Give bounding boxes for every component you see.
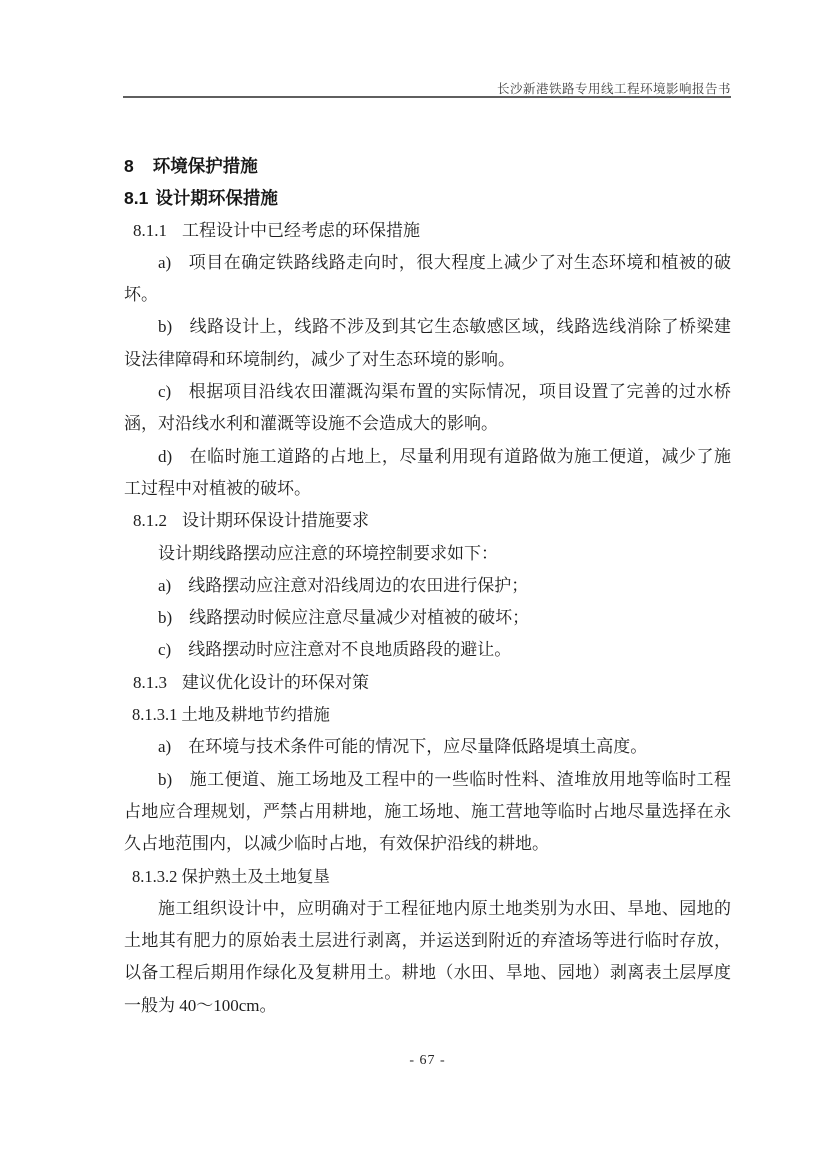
heading-8-1-3: 8.1.3建议优化设计的环保对策: [124, 667, 731, 699]
paragraph-8-1-2-intro: 设计期线路摆动应注意的环境控制要求如下：: [124, 538, 731, 570]
page-number: - 67 -: [124, 1053, 731, 1069]
heading-8-1-2-number: 8.1.2: [133, 511, 167, 530]
heading-8-1-2: 8.1.2设计期环保设计措施要求: [124, 505, 731, 537]
heading-8-title: 环境保护措施: [153, 156, 258, 176]
document-body: 8环境保护措施 8.1设计期环保措施 8.1.1工程设计中已经考虑的环保措施 a…: [124, 150, 731, 1022]
heading-8-1-1-number: 8.1.1: [133, 221, 167, 240]
document-page: 长沙新港铁路专用线工程环境影响报告书 8环境保护措施 8.1设计期环保措施 8.…: [0, 0, 827, 1169]
heading-8-1-3-title: 建议优化设计的环保对策: [182, 673, 369, 692]
paragraph-8-1-3-1-item-b: b) 施工便道、施工场地及工程中的一些临时性料、渣堆放用地等临时工程占地应合理规…: [124, 764, 731, 861]
heading-8-1-1: 8.1.1工程设计中已经考虑的环保措施: [124, 215, 731, 247]
paragraph-8-1-1-item-a: a) 项目在确定铁路线路走向时，很大程度上减少了对生态环境和植被的破坏。: [124, 247, 731, 312]
heading-8-1-1-title: 工程设计中已经考虑的环保措施: [182, 221, 420, 240]
heading-8-1-number: 8.1: [124, 188, 148, 208]
heading-8-1-3-1: 8.1.3.1土地及耕地节约措施: [124, 699, 731, 731]
paragraph-8-1-1-item-d: d) 在临时施工道路的占地上，尽量利用现有道路做为施工便道，减少了施工过程中对植…: [124, 441, 731, 506]
heading-8-1-2-title: 设计期环保设计措施要求: [182, 511, 369, 530]
heading-8-1-3-2-number: 8.1.3.2: [132, 867, 177, 886]
paragraph-8-1-2-item-c: c) 线路摆动时应注意对不良地质路段的避让。: [124, 634, 731, 666]
paragraph-8-1-2-item-b: b) 线路摆动时候应注意尽量减少对植被的破坏；: [124, 602, 731, 634]
heading-8-1-3-2: 8.1.3.2保护熟土及土地复垦: [124, 861, 731, 893]
heading-8: 8环境保护措施: [124, 150, 731, 182]
paragraph-8-1-1-item-b: b) 线路设计上，线路不涉及到其它生态敏感区域，线路选线消除了桥梁建设法律障碍和…: [124, 311, 731, 376]
heading-8-1: 8.1设计期环保措施: [124, 182, 731, 214]
paragraph-8-1-3-2-text: 施工组织设计中，应明确对于工程征地内原土地类别为水田、旱地、园地的土地其有肥力的…: [124, 893, 731, 1022]
heading-8-1-3-1-title: 土地及耕地节约措施: [181, 705, 330, 724]
heading-8-1-3-2-title: 保护熟土及土地复垦: [181, 867, 330, 886]
paragraph-8-1-1-item-c: c) 根据项目沿线农田灌溉沟渠布置的实际情况，项目设置了完善的过水桥涵，对沿线水…: [124, 376, 731, 441]
paragraph-8-1-3-1-item-a: a) 在环境与技术条件可能的情况下，应尽量降低路堤填土高度。: [124, 731, 731, 763]
heading-8-number: 8: [124, 156, 134, 176]
header-divider-line: [123, 96, 731, 98]
running-header-title: 长沙新港铁路专用线工程环境影响报告书: [497, 79, 731, 97]
heading-8-1-title: 设计期环保措施: [155, 188, 278, 208]
heading-8-1-3-number: 8.1.3: [133, 673, 167, 692]
heading-8-1-3-1-number: 8.1.3.1: [132, 705, 177, 724]
paragraph-8-1-2-item-a: a) 线路摆动应注意对沿线周边的农田进行保护；: [124, 570, 731, 602]
